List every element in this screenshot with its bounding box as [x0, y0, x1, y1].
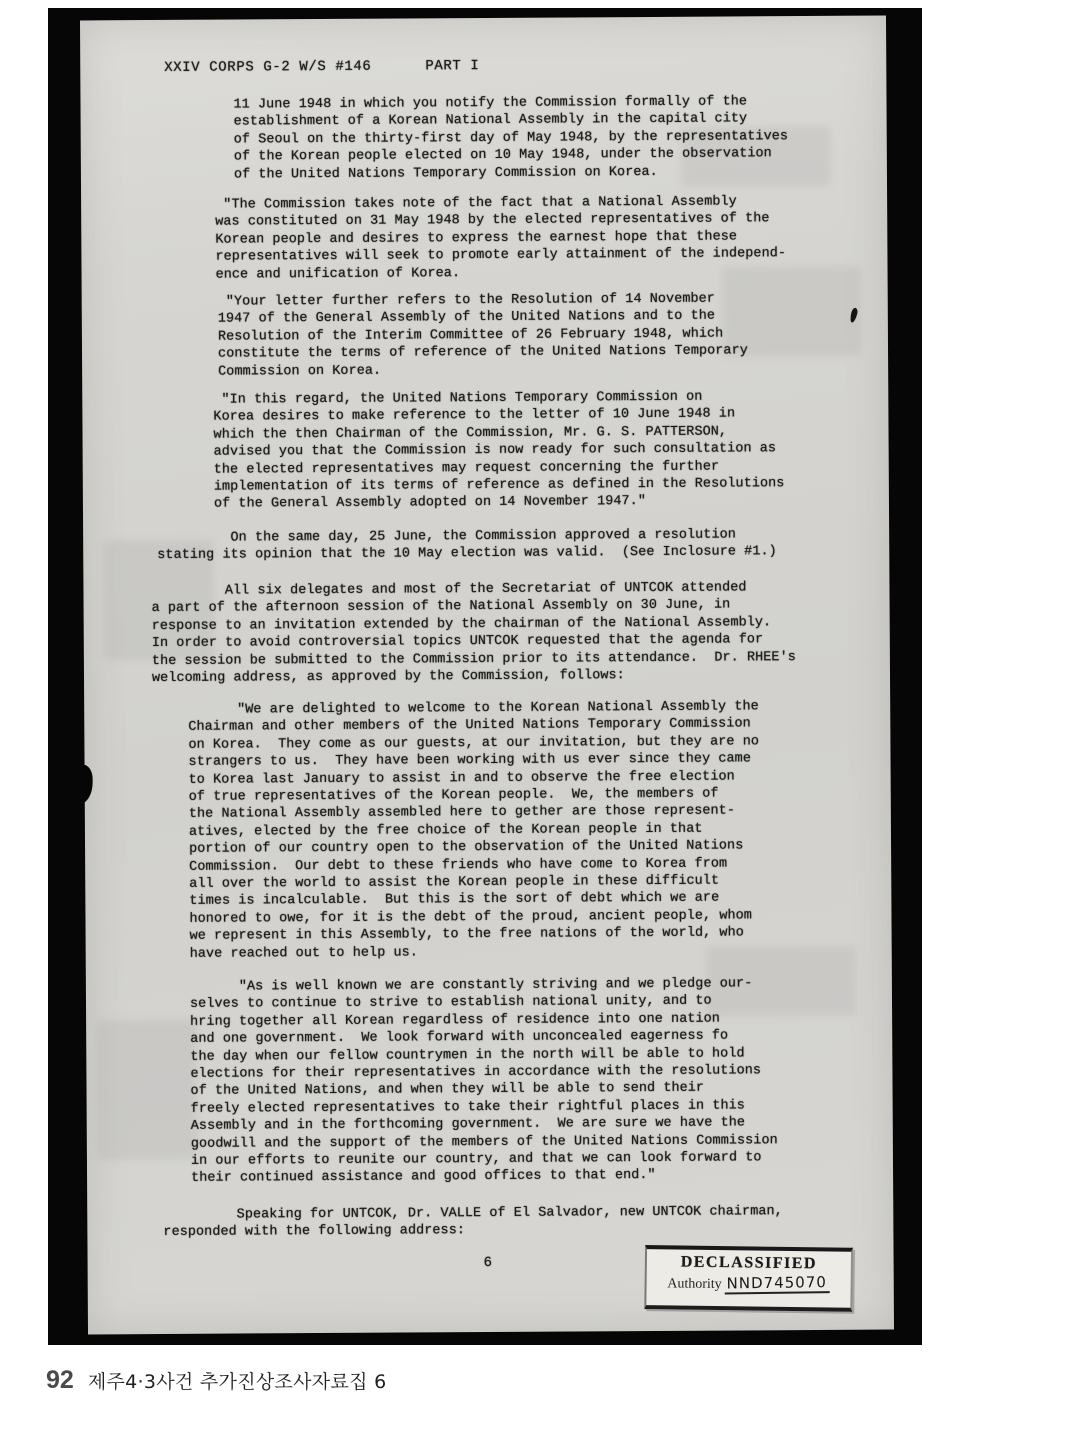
paper-edge-notch — [76, 764, 93, 804]
declassified-stamp: DECLASSIFIED Authority NND745070 — [644, 1245, 853, 1312]
document-header: XXIV CORPS G-2 W/S #146 PART I — [164, 58, 479, 77]
typed-paragraph-6: All six delegates and most of the Secret… — [151, 579, 796, 687]
typed-paragraph-4: "In this regard, the United Nations Temp… — [213, 388, 784, 513]
typed-paragraph-8: "As is well known we are constantly stri… — [190, 975, 778, 1187]
book-title: 제주4·3사건 추가진상조사자료집 6 — [88, 1367, 387, 1394]
declassified-stamp-title: DECLASSIFIED — [647, 1253, 851, 1274]
typed-paragraph-1: 11 June 1948 in which you notify the Com… — [233, 93, 788, 183]
bleed-through-smudge — [96, 1020, 197, 1161]
scanner-black-background: XXIV CORPS G-2 W/S #146 PART I 11 June 1… — [48, 8, 922, 1345]
typed-paragraph-9: Speaking for UNTCOK, Dr. VALLE of El Sal… — [163, 1203, 783, 1242]
typed-paragraph-7: "We are delighted to welcome to the Kore… — [188, 698, 760, 963]
scanned-document-page: XXIV CORPS G-2 W/S #146 PART I 11 June 1… — [80, 16, 894, 1335]
authority-label: Authority — [667, 1276, 722, 1293]
declassified-stamp-authority: Authority NND745070 — [647, 1272, 851, 1295]
typed-paragraph-3: "Your letter further refers to the Resol… — [218, 290, 748, 380]
screenshot-canvas: XXIV CORPS G-2 W/S #146 PART I 11 June 1… — [0, 0, 1080, 1439]
typed-paragraph-5: On the same day, 25 June, the Commission… — [157, 526, 777, 565]
book-footer: 92 제주4·3사건 추가진상조사자료집 6 — [46, 1366, 387, 1395]
authority-number-handwritten: NND745070 — [725, 1273, 831, 1294]
book-page-number: 92 — [46, 1366, 74, 1395]
typed-paragraph-2: "The Commission takes note of the fact t… — [215, 193, 786, 284]
document-page-number: 6 — [484, 1255, 493, 1272]
